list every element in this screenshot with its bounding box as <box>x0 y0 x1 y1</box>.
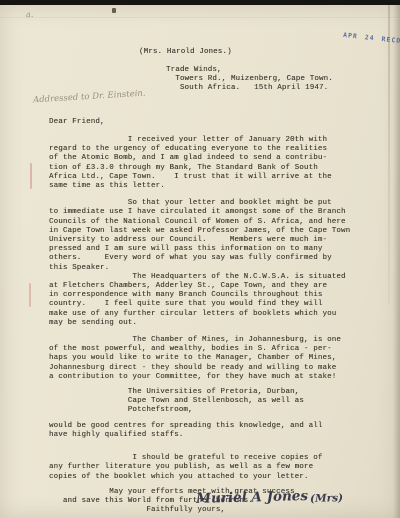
signature-suffix: (Mrs) <box>310 492 343 505</box>
scanned-letter-page: a. APR 24 RECD (Mrs. Harold Jones.) Trad… <box>0 0 400 518</box>
paragraph-chamber-of-mines: The Chamber of Mines, in Johannesburg, i… <box>49 336 369 382</box>
paragraph-universities-list: The Universities of Pretoria, Durban, Ca… <box>49 388 369 416</box>
letter-body: I received your letter of January 20th w… <box>49 136 369 515</box>
sender-address-block: Trade Winds, Towers Rd., Muizenberg, Cap… <box>166 66 333 94</box>
letter-paper: a. APR 24 RECD (Mrs. Harold Jones.) Trad… <box>0 5 400 518</box>
corner-pencil-mark: a. <box>26 10 34 20</box>
received-date-stamp: APR 24 RECD <box>343 31 400 45</box>
paragraph-headquarters: The Headquarters of the N.C.W.S.A. is si… <box>49 273 369 328</box>
pencil-crease-mark <box>30 163 32 189</box>
pencil-crease-mark <box>29 283 31 307</box>
paper-edge-shadow <box>393 5 400 518</box>
fold-crease-vertical <box>388 5 390 305</box>
sender-name: (Mrs. Harold Jones.) <box>139 48 232 57</box>
salutation: Dear Friend, <box>49 118 105 127</box>
paragraph-universities-continuation: would be good centres for spreading this… <box>49 422 369 440</box>
scan-speck <box>112 8 116 13</box>
fold-crease-horizontal <box>0 17 400 19</box>
paragraph-request-literature: I should be grateful to receive copies o… <box>49 454 369 482</box>
pencil-annotation: Addressed to Dr. Einstein. <box>33 89 146 106</box>
signature-name: Muriel A Jones <box>196 488 308 507</box>
paragraph-contribution: I received your letter of January 20th w… <box>49 136 369 191</box>
paragraph-circulation: So that your letter and booklet might be… <box>49 199 369 273</box>
signature: Muriel A Jones(Mrs) <box>196 487 343 507</box>
